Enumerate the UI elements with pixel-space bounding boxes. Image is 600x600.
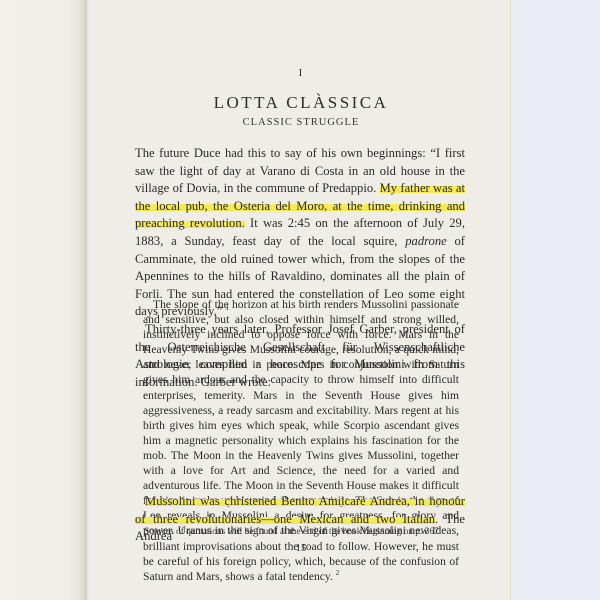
footnote: Sources of quotations will be found at t… bbox=[144, 527, 474, 537]
paragraph-3: Mussolini was christened Benito Amilcare… bbox=[135, 493, 465, 546]
chapter-title: LOTTA CLÀSSICA bbox=[92, 93, 510, 113]
footnote-ref: 2 bbox=[336, 569, 340, 577]
page-number: 15 bbox=[92, 543, 510, 554]
previous-page-edge bbox=[0, 0, 80, 600]
chapter-subtitle: CLASSIC STRUGGLE bbox=[92, 117, 510, 128]
italic-word: padrone bbox=[405, 234, 447, 248]
book-page: I LOTTA CLÀSSICA CLASSIC STRUGGLE The fu… bbox=[92, 0, 511, 600]
book-gutter bbox=[80, 0, 92, 600]
chapter-number: I bbox=[92, 67, 510, 79]
background-surface bbox=[511, 0, 600, 600]
paragraph-1: The future Duce had this to say of his o… bbox=[135, 145, 465, 321]
highlighted-text: Mussolini was christened Benito Amilcare… bbox=[135, 494, 465, 526]
